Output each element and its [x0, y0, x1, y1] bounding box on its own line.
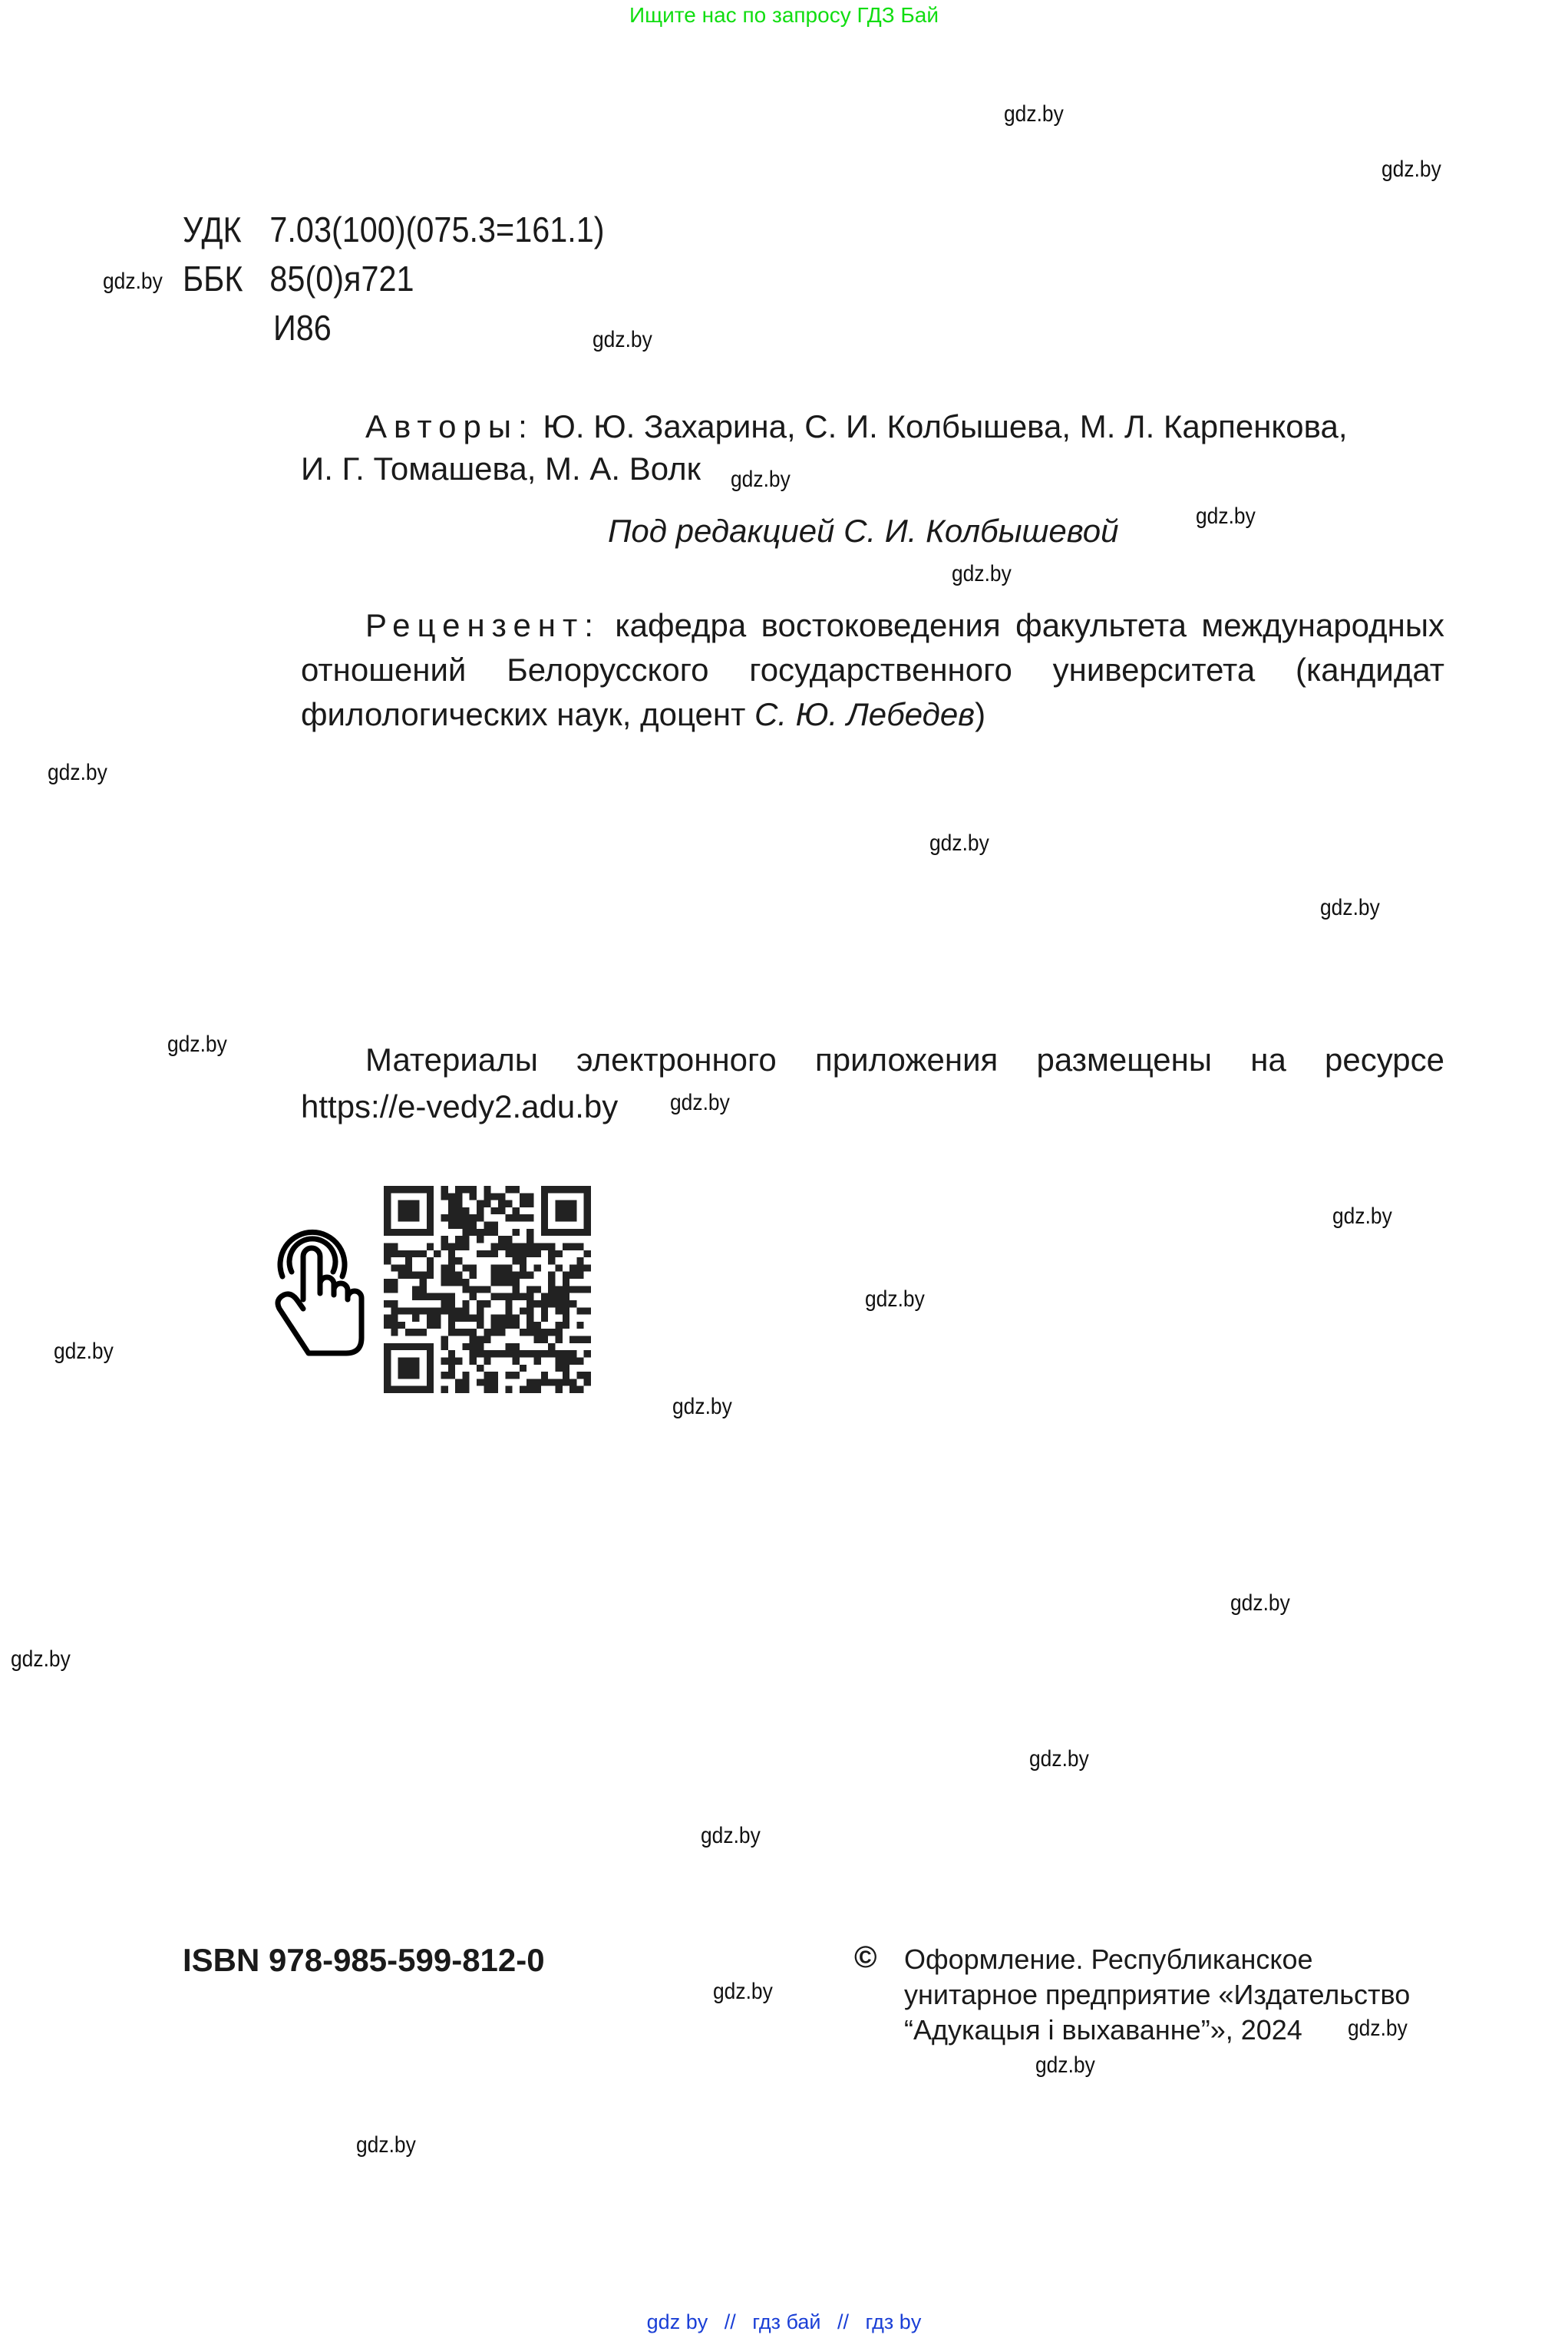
watermark: gdz.by — [865, 1286, 925, 1313]
udk-value: 7.03(100)(075.3=161.1) — [269, 210, 604, 249]
top-banner[interactable]: Ищите нас по запросу ГДЗ Бай — [0, 3, 1568, 28]
watermark: gdz.by — [1196, 504, 1256, 530]
touch-hand-icon — [269, 1217, 368, 1359]
isbn: ISBN 978-985-599-812-0 — [183, 1942, 545, 1979]
watermark: gdz.by — [103, 269, 163, 295]
watermark: gdz.by — [672, 1394, 732, 1420]
watermark: gdz.by — [1029, 1746, 1089, 1772]
watermark: gdz.by — [48, 760, 107, 786]
copyright-line2: унитарное предприятие «Издательство — [904, 1977, 1457, 2013]
reviewer-paragraph: Рецензент: кафедра востоковедения факуль… — [301, 603, 1444, 737]
reviewer-closing: ) — [975, 696, 985, 732]
watermark: gdz.by — [1348, 2016, 1408, 2042]
editor-line: Под редакцией С. И. Колбышевой — [608, 513, 1118, 550]
bbk-line: ББК85(0)я721 — [183, 258, 414, 299]
watermark: gdz.by — [731, 467, 791, 493]
watermark: gdz.by — [952, 561, 1012, 587]
udk-line: УДК7.03(100)(075.3=161.1) — [183, 209, 605, 250]
watermark: gdz.by — [593, 327, 652, 353]
materials-text: Материалы электронного приложения размещ… — [365, 1042, 1444, 1078]
watermark: gdz.by — [1320, 895, 1380, 921]
footer-link-gdz-bai[interactable]: гдз бай — [752, 2310, 820, 2333]
watermark: gdz.by — [713, 1979, 773, 2005]
watermark: gdz.by — [54, 1339, 114, 1365]
reviewer-label: Рецензент: — [365, 607, 600, 643]
qr-code[interactable] — [384, 1186, 591, 1393]
copyright-icon: © — [854, 1940, 876, 1975]
udk-label: УДК — [183, 209, 269, 250]
materials-paragraph: Материалы электронного приложения размещ… — [301, 1038, 1444, 1082]
authors-line1: Ю. Ю. Захарина, С. И. Колбышева, М. Л. К… — [543, 408, 1347, 444]
watermark: gdz.by — [1004, 101, 1064, 127]
authors-label: Авторы: — [365, 408, 534, 444]
footer-link-gdz-by-cyr[interactable]: гдз by — [866, 2310, 922, 2333]
bbk-label: ББК — [183, 258, 269, 299]
watermark: gdz.by — [929, 831, 989, 857]
materials-url[interactable]: https://e-vedy2.adu.by — [301, 1088, 618, 1125]
footer-link-gdz-by[interactable]: gdz by — [647, 2310, 708, 2333]
watermark: gdz.by — [356, 2132, 416, 2158]
footer-separator: // — [837, 2310, 849, 2333]
footer-separator: // — [725, 2310, 736, 2333]
footer-links: gdz by // гдз бай // гдз by — [0, 2310, 1568, 2334]
author-mark: И86 — [273, 307, 332, 348]
authors-line2: И. Г. Томашева, М. А. Волк — [301, 451, 701, 487]
copyright-line1: Оформление. Республиканское — [904, 1942, 1457, 1977]
watermark: gdz.by — [701, 1823, 761, 1849]
bbk-value: 85(0)я721 — [269, 259, 414, 299]
watermark: gdz.by — [1230, 1590, 1290, 1616]
reviewer-name: С. Ю. Лебедев — [754, 696, 975, 732]
authors-paragraph: Авторы: Ю. Ю. Захарина, С. И. Колбышева,… — [301, 405, 1444, 449]
watermark: gdz.by — [11, 1646, 71, 1673]
watermark: gdz.by — [167, 1032, 227, 1058]
watermark: gdz.by — [1035, 2052, 1095, 2079]
watermark: gdz.by — [670, 1090, 730, 1116]
watermark: gdz.by — [1332, 1204, 1392, 1230]
watermark: gdz.by — [1381, 157, 1441, 183]
